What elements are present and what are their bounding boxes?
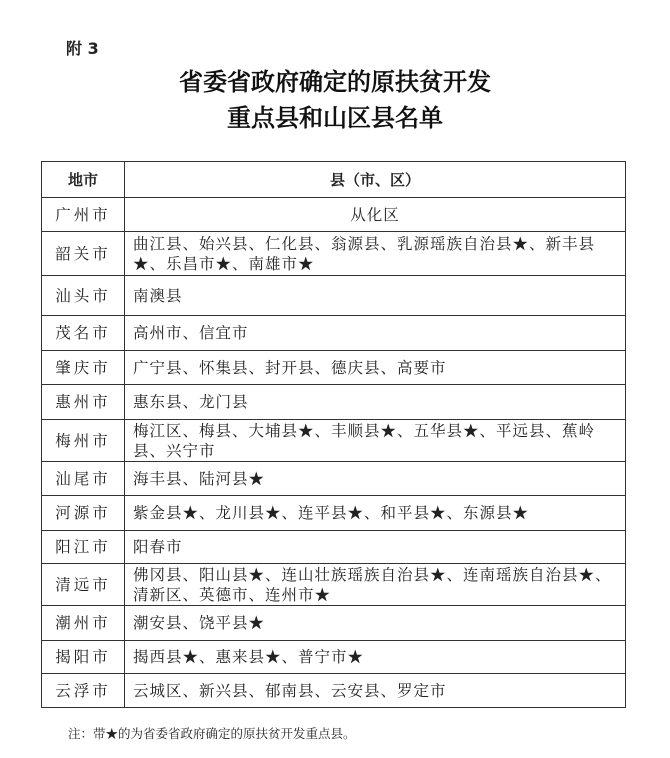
table-row: 汕尾市海丰县、陆河县★ — [42, 462, 626, 496]
table-row: 肇庆市广宁县、怀集县、封开县、德庆县、高要市 — [42, 351, 626, 385]
annex-label: 附 3 — [66, 36, 99, 59]
table-row: 阳江市阳春市 — [42, 531, 626, 564]
table-row: 惠州市惠东县、龙门县 — [42, 385, 626, 420]
city-cell: 梅州市 — [42, 420, 125, 462]
counties-cell: 高州市、信宜市 — [125, 316, 626, 351]
counties-cell: 广宁县、怀集县、封开县、德庆县、高要市 — [125, 351, 626, 385]
city-cell: 潮州市 — [42, 606, 125, 641]
city-cell: 汕头市 — [42, 276, 125, 316]
city-cell: 揭阳市 — [42, 641, 125, 674]
table-row: 清远市佛冈县、阳山县★、连山壮族瑶族自治县★、连南瑶族自治县★、清新区、英德市、… — [42, 564, 626, 606]
city-cell: 清远市 — [42, 564, 125, 606]
counties-cell: 惠东县、龙门县 — [125, 385, 626, 420]
counties-cell: 揭西县★、惠来县★、普宁市★ — [125, 641, 626, 674]
header-counties: 县（市、区） — [125, 162, 626, 198]
table-row: 云浮市云城区、新兴县、郁南县、云安县、罗定市 — [42, 674, 626, 708]
city-cell: 惠州市 — [42, 385, 125, 420]
table-row: 潮州市潮安县、饶平县★ — [42, 606, 626, 641]
document-title-line-1: 省委省政府确定的原扶贫开发 — [0, 62, 670, 97]
city-cell: 韶关市 — [42, 232, 125, 276]
county-list-table: 地市 县（市、区） 广州市从化区韶关市曲江县、始兴县、仁化县、翁源县、乳源瑶族自… — [41, 161, 626, 708]
city-cell: 肇庆市 — [42, 351, 125, 385]
table-header-row: 地市 县（市、区） — [42, 162, 626, 198]
counties-cell: 阳春市 — [125, 531, 626, 564]
table-row: 茂名市高州市、信宜市 — [42, 316, 626, 351]
table-row: 河源市紫金县★、龙川县★、连平县★、和平县★、东源县★ — [42, 496, 626, 531]
table-row: 韶关市曲江县、始兴县、仁化县、翁源县、乳源瑶族自治县★、新丰县★、乐昌市★、南雄… — [42, 232, 626, 276]
table-row: 汕头市南澳县 — [42, 276, 626, 316]
city-cell: 河源市 — [42, 496, 125, 531]
table-row: 广州市从化区 — [42, 198, 626, 232]
city-cell: 汕尾市 — [42, 462, 125, 496]
header-city: 地市 — [42, 162, 125, 198]
counties-cell: 紫金县★、龙川县★、连平县★、和平县★、东源县★ — [125, 496, 626, 531]
counties-cell: 潮安县、饶平县★ — [125, 606, 626, 641]
counties-cell: 梅江区、梅县、大埔县★、丰顺县★、五华县★、平远县、蕉岭县、兴宁市 — [125, 420, 626, 462]
counties-cell: 海丰县、陆河县★ — [125, 462, 626, 496]
table-row: 梅州市梅江区、梅县、大埔县★、丰顺县★、五华县★、平远县、蕉岭县、兴宁市 — [42, 420, 626, 462]
counties-cell: 南澳县 — [125, 276, 626, 316]
counties-cell: 从化区 — [125, 198, 626, 232]
city-cell: 茂名市 — [42, 316, 125, 351]
document-title-line-2: 重点县和山区县名单 — [0, 98, 670, 133]
table-row: 揭阳市揭西县★、惠来县★、普宁市★ — [42, 641, 626, 674]
city-cell: 广州市 — [42, 198, 125, 232]
footnote: 注：带★的为省委省政府确定的原扶贫开发重点县。 — [68, 724, 356, 742]
city-cell: 云浮市 — [42, 674, 125, 708]
counties-cell: 曲江县、始兴县、仁化县、翁源县、乳源瑶族自治县★、新丰县★、乐昌市★、南雄市★ — [125, 232, 626, 276]
city-cell: 阳江市 — [42, 531, 125, 564]
counties-cell: 云城区、新兴县、郁南县、云安县、罗定市 — [125, 674, 626, 708]
counties-cell: 佛冈县、阳山县★、连山壮族瑶族自治县★、连南瑶族自治县★、清新区、英德市、连州市… — [125, 564, 626, 606]
